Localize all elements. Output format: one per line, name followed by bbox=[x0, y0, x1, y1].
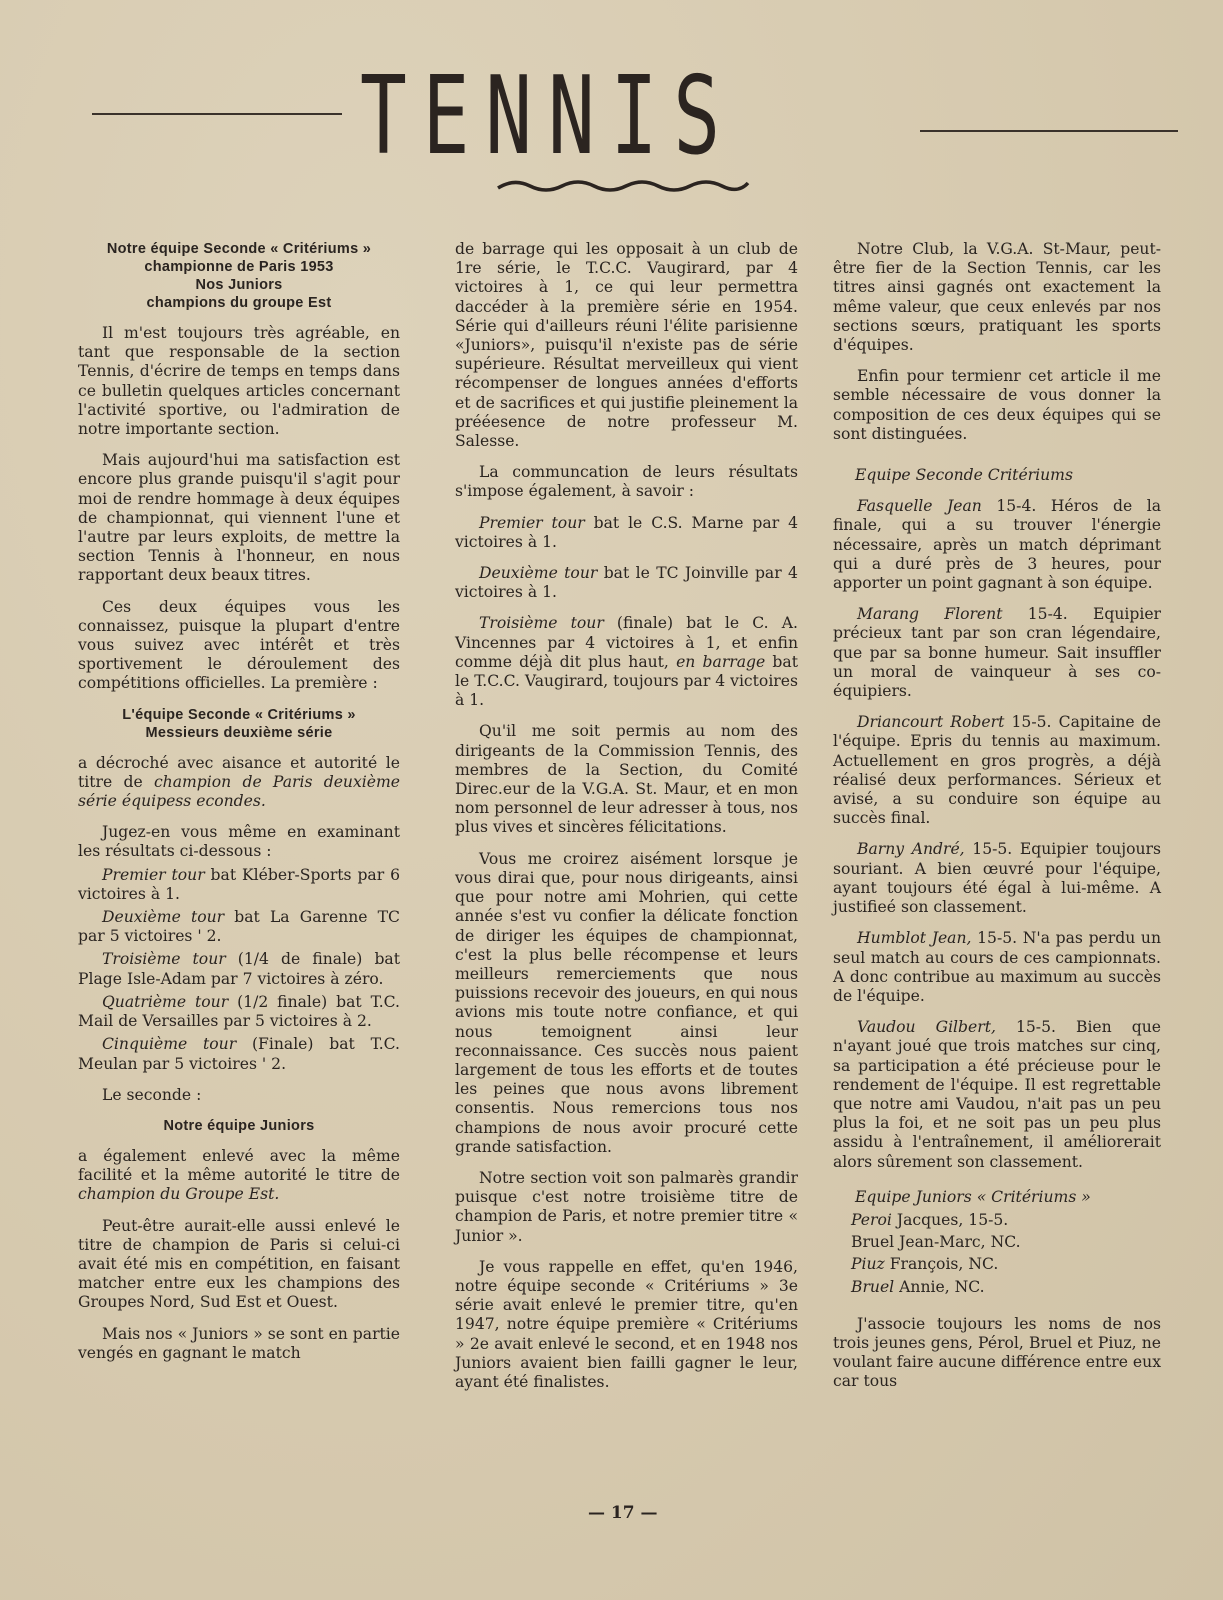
section-heading: L'équipe Seconde « Critériums » Messieur… bbox=[78, 706, 400, 742]
page-title: TENNIS bbox=[360, 62, 749, 172]
paragraph: Mais nos « Juniors » se sont en partie v… bbox=[78, 1325, 400, 1363]
paragraph: La communcation de leurs résultats s'imp… bbox=[455, 463, 798, 501]
paragraph: Vous me croirez aisément lorsque je vous… bbox=[455, 850, 798, 1157]
title-rule-left bbox=[92, 113, 342, 115]
junior-entry: Peroi Jacques, 15-5. bbox=[833, 1211, 1161, 1230]
player-entry: Vaudou Gilbert, 15-5. Bien que n'ayant j… bbox=[833, 1018, 1161, 1172]
paragraph: Mais aujourd'hui ma satisfaction est enc… bbox=[78, 451, 400, 585]
paragraph: Je vous rappelle en effet, qu'en 1946, n… bbox=[455, 1258, 798, 1392]
paragraph: Notre Club, la V.G.A. St-Maur, peut-être… bbox=[833, 240, 1161, 355]
player-entry: Humblot Jean, 15-5. N'a pas perdu un seu… bbox=[833, 929, 1161, 1006]
result-item: Quatrième tour (1/2 finale) bat T.C. Mai… bbox=[78, 993, 400, 1031]
column-2: de barrage qui les opposait à un club de… bbox=[455, 240, 798, 1404]
paragraph: Ces deux équipes vous les connaissez, pu… bbox=[78, 598, 400, 694]
paragraph: Le seconde : bbox=[78, 1086, 400, 1105]
title-row: TENNIS bbox=[0, 62, 1223, 172]
player-entry: Fasquelle Jean 15-4. Héros de la finale,… bbox=[833, 497, 1161, 593]
paragraph: a décroché avec aisance et autorité le t… bbox=[78, 754, 400, 812]
junior-entry: Bruel Annie, NC. bbox=[833, 1278, 1161, 1297]
result-item: Premier tour bat Kléber-Sports par 6 vic… bbox=[78, 866, 400, 904]
paragraph: Jugez-en vous même en examinant les résu… bbox=[78, 823, 400, 861]
paragraph: Il m'est toujours très agréable, en tant… bbox=[78, 324, 400, 439]
player-entry: Barny André, 15-5. Equipier toujours sou… bbox=[833, 840, 1161, 917]
team-title: Equipe Seconde Critériums bbox=[833, 466, 1161, 485]
junior-entry: Piuz François, NC. bbox=[833, 1255, 1161, 1274]
wave-ornament-icon bbox=[496, 178, 751, 192]
result-item: Deuxième tour bat le TC Joinville par 4 … bbox=[455, 564, 798, 602]
paragraph: J'associe toujours les noms de nos trois… bbox=[833, 1315, 1161, 1392]
title-rule-right bbox=[920, 130, 1178, 132]
article-heading: Notre équipe Seconde « Critériums » cham… bbox=[78, 240, 400, 312]
paragraph: Qu'il me soit permis au nom des dirigean… bbox=[455, 722, 798, 837]
player-entry: Marang Florent 15-4. Equipier précieux t… bbox=[833, 605, 1161, 701]
column-1: Notre équipe Seconde « Critériums » cham… bbox=[78, 240, 400, 1375]
result-item: Troisième tour (1/4 de finale) bat Plage… bbox=[78, 950, 400, 988]
player-entry: Driancourt Robert 15-5. Capitaine de l'é… bbox=[833, 713, 1161, 828]
team-title: Equipe Juniors « Critériums » bbox=[833, 1188, 1161, 1207]
result-item: Troisième tour (finale) bat le C. A. Vin… bbox=[455, 614, 798, 710]
result-item: Premier tour bat le C.S. Marne par 4 vic… bbox=[455, 514, 798, 552]
paragraph: Notre section voit son palmarès grandir … bbox=[455, 1169, 798, 1246]
paragraph: Enfin pour termienr cet article il me se… bbox=[833, 367, 1161, 444]
junior-entry: Bruel Jean-Marc, NC. bbox=[833, 1233, 1161, 1252]
page-number: — 17 — bbox=[588, 1503, 658, 1523]
section-heading: Notre équipe Juniors bbox=[78, 1117, 400, 1135]
paragraph: a également enlevé avec la même facilité… bbox=[78, 1147, 400, 1205]
paragraph: de barrage qui les opposait à un club de… bbox=[455, 240, 798, 451]
result-item: Deuxième tour bat La Garenne TC par 5 vi… bbox=[78, 908, 400, 946]
column-3: Notre Club, la V.G.A. St-Maur, peut-être… bbox=[833, 240, 1161, 1404]
paragraph: Peut-être aurait-elle aussi enlevé le ti… bbox=[78, 1217, 400, 1313]
result-item: Cinquième tour (Finale) bat T.C. Meulan … bbox=[78, 1035, 400, 1073]
